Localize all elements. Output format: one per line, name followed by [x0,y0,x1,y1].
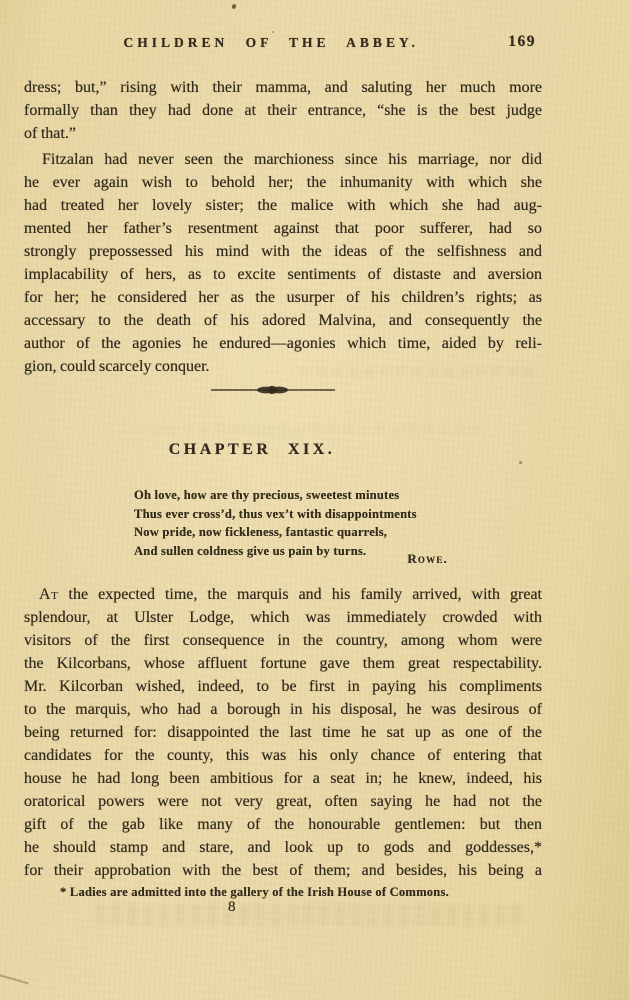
chapter-heading: CHAPTER XIX. [0,441,504,459]
text-line: dress; but,” rising with their mamma, an… [24,76,542,99]
body-paragraph-fitzalan: Fitzalan had never seen the marchioness … [24,148,542,378]
page-number: 169 [508,33,536,51]
text-line: for her; he considered her as the usurpe… [24,286,542,309]
text-line: house he had long been ambitious for a s… [24,767,542,790]
section-divider [210,383,336,397]
running-head: CHILDREN OF THE ABBEY. 169 [24,33,542,55]
epigraph-line: Now pride, now fickleness, fantastic qua… [134,523,474,542]
opening-word-small-caps: At [39,586,58,603]
signature-mark: 8 [228,899,236,916]
show-through-smudge [96,904,526,926]
text-line: gion, could scarcely conquer. [24,355,542,378]
text-line: accessary to the death of his adored Mal… [24,309,542,332]
text-line: strongly prepossessed his mind with the … [24,240,542,263]
ink-speck [272,31,274,33]
paper-scratch [0,974,29,984]
text-line: candidates for the county, this was his … [24,744,542,767]
text-line: the Kilcorbans, whose affluent fortune g… [24,652,542,675]
footnote-text: Ladies are admitted into the gallery of … [70,885,449,899]
text-line: had treated her lovely sister; the malic… [24,194,542,217]
show-through-smudge [150,424,480,435]
ink-speck [231,3,237,9]
epigraph-line: Oh love, how are thy precious, sweetest … [134,486,474,505]
text-line: At the expected time, the marquis and hi… [24,583,542,606]
text-line: author of the agonies he endured—agonies… [24,332,542,355]
divider-ornament-icon [210,383,336,397]
ink-speck [519,461,522,464]
first-line-text: the expected time, the marquis and his f… [58,586,542,603]
text-line: oratorical powers were not very great, o… [24,790,542,813]
text-line: Mr. Kilcorban wished, indeed, to be firs… [24,675,542,698]
text-line: implacability of hers, as to excite sent… [24,263,542,286]
text-line: formally than they had done at their ent… [24,99,542,122]
book-page: CHILDREN OF THE ABBEY. 169 dress; but,” … [0,0,629,1000]
chapter-epigraph: Oh love, how are thy precious, sweetest … [134,486,474,560]
text-line: mented her father’s resentment against t… [24,217,542,240]
text-line: he should stamp and stare, and look up t… [24,836,542,859]
text-line: splendour, at Ulster Lodge, which was im… [24,606,542,629]
text-line: being returned for: disappointed the las… [24,721,542,744]
footnote: * Ladies are admitted into the gallery o… [60,885,520,900]
text-line: visitors of the first consequence in the… [24,629,542,652]
footnote-marker: * [60,885,67,899]
text-line: Fitzalan had never seen the marchioness … [24,148,542,171]
text-line: he ever again wish to behold her; the in… [24,171,542,194]
body-paragraph-continuation: dress; but,” rising with their mamma, an… [24,76,542,145]
epigraph-attribution: Rowe. [134,551,448,567]
chapter-opening-paragraph: At the expected time, the marquis and hi… [24,583,542,882]
text-line: gift of the gab like many of the honoura… [24,813,542,836]
text-line: for their approbation with the best of t… [24,859,542,882]
text-line: to the marquis, who had a borough in his… [24,698,542,721]
epigraph-line: Thus ever cross’d, thus vex’t with disap… [134,505,474,524]
running-head-title: CHILDREN OF THE ABBEY. [124,35,419,51]
text-line: of that.” [24,122,542,145]
